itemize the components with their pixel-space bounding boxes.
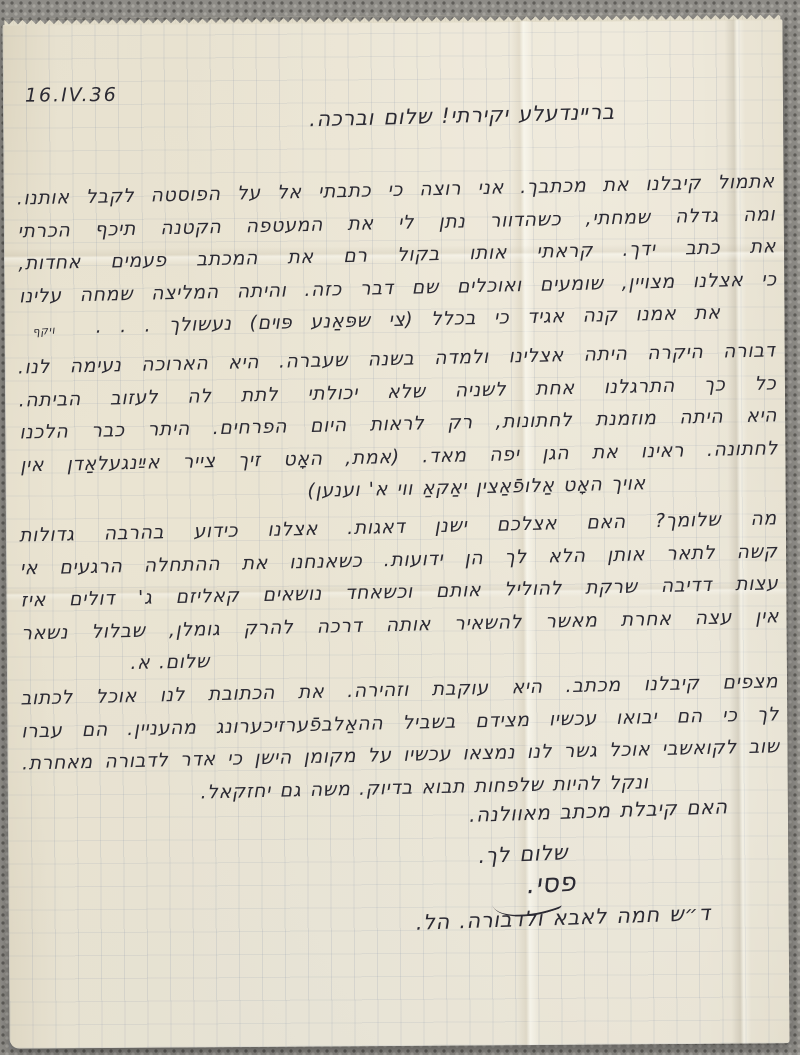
paragraph-4: מצפים קיבלנו מכתב. היא עוקבת וזהירה. את … [20,665,781,812]
letter-paper: 16.IV.36 ברײנדעלע יקירתי! שלום וברכה. וי… [2,19,789,1048]
paragraph-3: מה שלומך? האם אצלכם ישנן דאגות. אצלנו כי… [19,502,780,682]
paragraph-2: דבורה היקרה היתה אצלינו ולמדה בשנה שעברה… [18,334,779,514]
farewell-line: שלום לך. [478,840,569,868]
signature: פסי. [526,867,577,900]
letter-date: 16.IV.36 [25,84,118,107]
paragraph-1: אתמול קיבלנו את מכתבך. אני רוצה כי כתבתי… [16,165,777,345]
